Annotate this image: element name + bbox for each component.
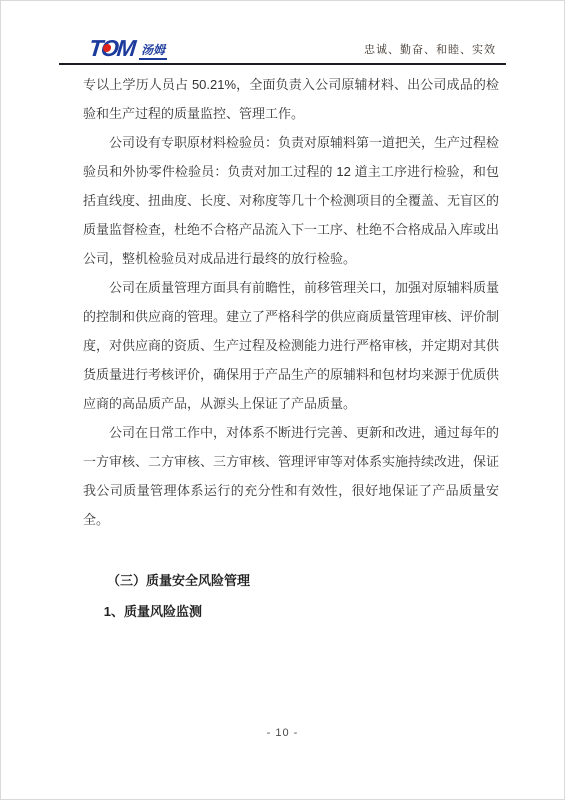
logo-chinese-name: 汤姆	[139, 44, 167, 60]
section-heading: （三）质量安全风险管理	[83, 566, 499, 596]
document-header: TOM 汤姆 忠诚、勤奋、和睦、实效	[89, 34, 496, 60]
paragraph: 公司在日常工作中，对体系不断进行完善、更新和改进，通过每年的一方审核、二方审核、…	[83, 418, 499, 534]
header-divider	[59, 63, 506, 65]
page-footer: - 10 -	[1, 723, 564, 741]
company-slogan: 忠诚、勤奋、和睦、实效	[364, 41, 496, 60]
logo-letter-m: M	[116, 35, 136, 61]
page-number: - 10 -	[267, 727, 299, 739]
paragraph: 公司设有专职原材料检验员：负责对原辅料第一道把关，生产过程检验员和外协零件检验员…	[83, 128, 499, 273]
paragraph: 专以上学历人员占 50.21%，全面负责入公司原辅材料、出公司成品的检验和生产过…	[83, 70, 499, 128]
logo-tom-wordmark: TOM	[88, 37, 136, 60]
logo-letter-o-wrap: O	[100, 37, 118, 60]
company-logo: TOM 汤姆	[89, 37, 167, 60]
subsection-heading: 1、质量风险监测	[83, 597, 499, 627]
document-page: TOM 汤姆 忠诚、勤奋、和睦、实效 专以上学历人员占 50.21%，全面负责入…	[0, 0, 565, 800]
paragraph: 公司在质量管理方面具有前瞻性，前移管理关口，加强对原辅料质量的控制和供应商的管理…	[83, 273, 499, 418]
document-body: 专以上学历人员占 50.21%，全面负责入公司原辅材料、出公司成品的检验和生产过…	[83, 70, 499, 627]
